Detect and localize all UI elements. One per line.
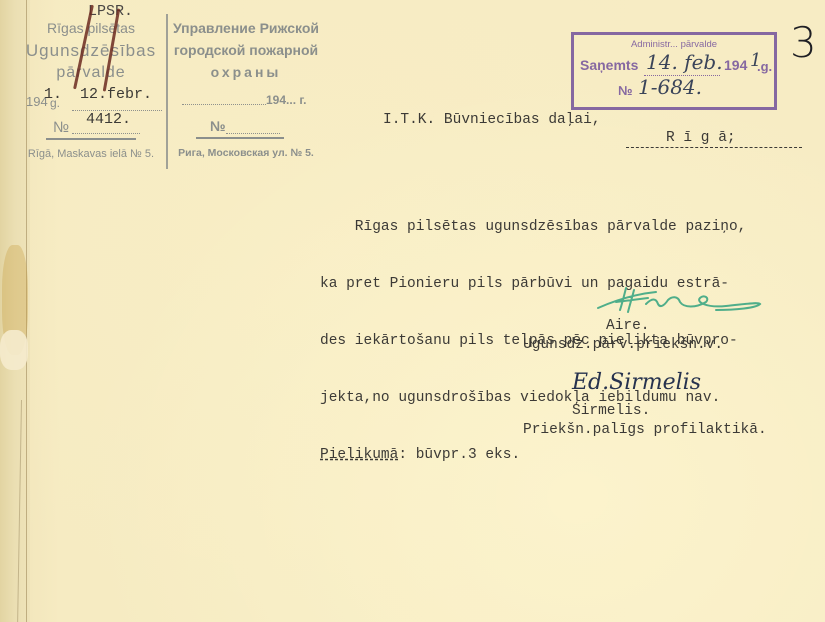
stamp-year-suffix: .g.	[757, 59, 772, 74]
letterhead-ru-rule	[196, 137, 284, 139]
typed-number: 4412.	[86, 111, 131, 128]
signature-aire	[596, 286, 766, 321]
signer1-name: Aire.	[606, 317, 650, 336]
stamp-received-date: 14. feb.	[646, 50, 723, 74]
stamp-number-value: 1-684.	[638, 75, 702, 99]
stamp-year-prefix: 194	[724, 57, 747, 73]
letterhead-ru-line2: городской пожарной	[166, 42, 326, 58]
body-line: Rīgas pilsētas ugunsdzēsības pārvalde pa…	[320, 218, 746, 237]
recipient-underline	[626, 146, 802, 148]
page-number: 3	[790, 18, 817, 67]
letterhead-lv-line3: pārvalde	[16, 64, 166, 82]
ru-number-dotted-line	[226, 133, 280, 134]
letterhead-ru-date-suffix: 194... г.	[266, 93, 307, 107]
attachment-label: Pielikumā	[320, 447, 398, 463]
registration-stamp: Administr... pārvalde Saņemts 14. feb. 1…	[571, 32, 777, 110]
letterhead-ru-line1: Управление Рижской	[166, 20, 326, 36]
attachment-text: : būvpr.3 eks.	[398, 447, 520, 463]
letterhead-ru-number-label: №	[210, 118, 226, 134]
paper-tear	[0, 330, 28, 370]
number-dotted-line	[72, 133, 140, 134]
signer2-name: Sirmelis.	[572, 402, 650, 421]
recipient-city: R ī g ā;	[666, 130, 736, 146]
signer2-title: Priekšn.palīgs profilaktikā.	[523, 421, 767, 440]
letterhead-lpsr: LPSR.	[88, 3, 133, 20]
stamp-header: Administr... pārvalde	[574, 39, 774, 50]
letterhead-ru-line3: охраны	[166, 64, 326, 80]
recipient-line1: I.T.K. Būvniecības daļai,	[383, 112, 601, 128]
letterhead-ru-address: Рига, Московская ул. № 5.	[166, 147, 326, 159]
attachment-line: Pielikumā: būvpr.3 eks.	[320, 446, 746, 465]
letterhead-lv-line1: Rīgas pilsētas	[16, 20, 166, 36]
letterhead-lv-rule	[46, 138, 136, 140]
letterhead-divider	[166, 14, 168, 169]
stamp-received-label: Saņemts	[580, 57, 638, 73]
typed-date: 1. 12.febr.	[44, 86, 152, 103]
letterhead-lv-line2: Ugunsdzēsības	[16, 41, 166, 61]
letterhead-lv-address: Rīgā, Maskavas ielā № 5.	[16, 148, 166, 160]
signature-sirmelis: Ed.Sirmelis	[572, 370, 701, 395]
ru-date-dotted-line	[182, 104, 266, 105]
signer1-title: Ugunsdz.pārv.priekšn.v.	[523, 336, 723, 355]
signature-aire-icon	[596, 286, 766, 316]
stamp-number-label: №	[618, 83, 633, 98]
letterhead-lv-number-label: №	[53, 119, 69, 136]
